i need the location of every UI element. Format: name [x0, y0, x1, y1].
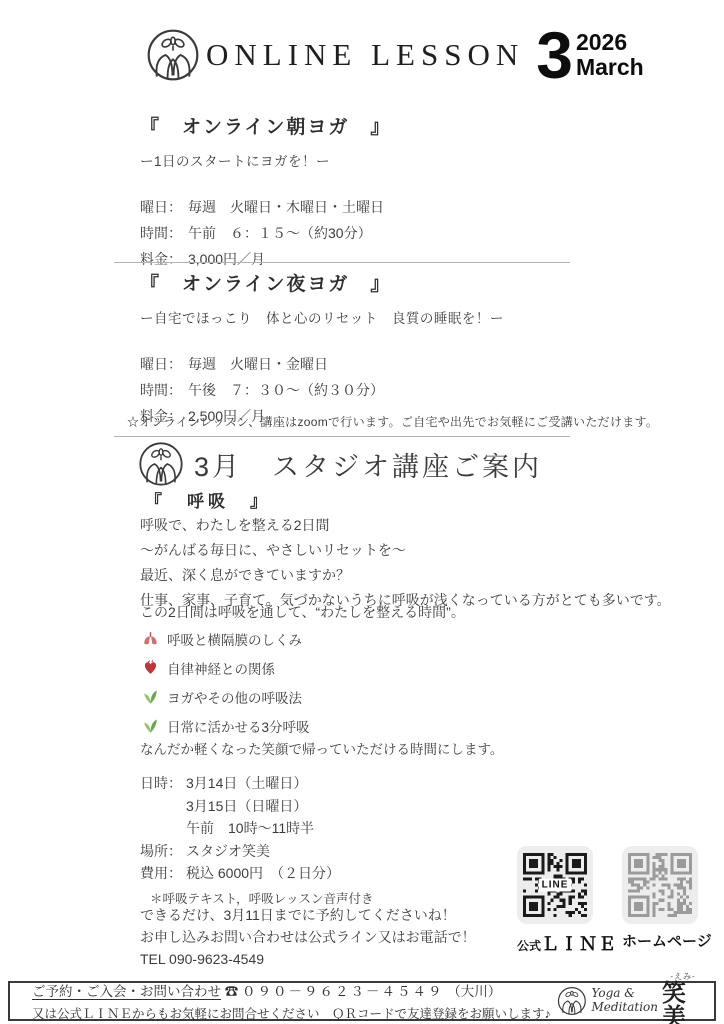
- detail-label: [140, 817, 186, 840]
- brand-english-line1: Yoga &: [592, 987, 659, 1001]
- topic-text: 日常に活かせる3分呼吸: [167, 716, 310, 736]
- detail-label: [140, 795, 186, 818]
- detail-row: 場所： スタジオ笑美: [140, 840, 374, 863]
- intro-line: ～がんばる毎日に、やさしいリセットを～: [140, 538, 671, 563]
- row-value: 毎週 火曜日・木曜日・土曜日: [188, 194, 384, 220]
- row-value: 午後 ７：３０～（約３０分）: [188, 377, 384, 403]
- topic-item: ヨガやその他の呼吸法: [142, 682, 310, 711]
- detail-label: 日時：: [140, 772, 186, 795]
- row-value: 毎週 火曜日・金曜日: [188, 351, 328, 377]
- cta-line: できるだけ、3月11日までに予約してくださいね！: [140, 904, 476, 926]
- topic-item: 呼吸と横隔膜のしくみ: [142, 624, 310, 653]
- detail-row: 午前 10時～11時半: [140, 817, 374, 840]
- footer: ご予約・ご入会・お問い合わせ ☎ ０９０－９６２３－４５４９ （大川） 又は公式…: [8, 981, 716, 1021]
- line-qr-center-label: LINE: [539, 879, 572, 892]
- footer-contact-line2: 又は公式ＬＩＮＥからもお気軽にお問合せください ＱＲコードで友達登録をお願いしま…: [32, 1004, 551, 1022]
- footer-contact-line1: ご予約・ご入会・お問い合わせ ☎ ０９０－９６２３－４５４９ （大川）: [32, 980, 551, 1000]
- zoom-note: ☆オンラインレッスン、講座はzoomで行います。ご自宅や出先でお気軽にご受講いた…: [127, 413, 658, 430]
- lungs-icon: [142, 630, 159, 647]
- brand-name: 笑美: [662, 981, 704, 1024]
- schedule-row: 時間： 午後 ７：３０～（約３０分）: [140, 377, 504, 403]
- herb-icon: [142, 688, 159, 705]
- detail-value: スタジオ笑美: [186, 840, 270, 863]
- course-highlight: この2日間は呼吸を通して、“わたしを整える時間”。: [140, 602, 465, 622]
- homepage-qr-label: ホームページ: [622, 930, 712, 951]
- line-label-prefix: 公式: [517, 939, 541, 953]
- footer-brand: Yoga & Meditation -えみ- 笑美: [557, 973, 704, 1024]
- lotus-logo-icon: [557, 984, 587, 1018]
- lotus-logo-icon: [138, 441, 184, 487]
- detail-value: 午前 10時～11時半: [186, 817, 314, 840]
- phone-number: ０９０－９６２３－４５４９: [242, 984, 444, 999]
- morning-tagline: ー1日のスタートにヨガを！ー: [140, 150, 391, 170]
- line-qr: LINE: [517, 846, 593, 924]
- evening-tagline: ー自宅でほっこり 体と心のリセット 良質の睡眠を！ー: [140, 307, 504, 327]
- reservation-cta: できるだけ、3月11日までに予約してくださいね！ お申し込みお問い合わせは公式ラ…: [140, 904, 476, 970]
- section-morning-yoga: 『 オンライン朝ヨガ 』 ー1日のスタートにヨガを！ー 曜日： 毎週 火曜日・木…: [140, 112, 391, 272]
- course-closing: なんだか軽くなった笑顔で帰っていただける時間にします。: [140, 738, 503, 758]
- line-qr-label: 公式ＬＩＮＥ: [517, 930, 617, 956]
- course-intro: 呼吸で、わたしを整える2日間 ～がんばる毎日に、やさしいリセットを～ 最近、深く…: [140, 513, 671, 613]
- detail-label: 場所：: [140, 840, 186, 863]
- topic-text: 自律神経との関係: [167, 658, 275, 678]
- row-label: 時間：: [140, 377, 188, 403]
- phone-icon: ☎: [225, 984, 239, 999]
- qr-line-block: LINE 公式ＬＩＮＥ: [517, 846, 617, 956]
- intro-line: 最近、深く息ができていますか？: [140, 563, 671, 588]
- herb-icon: [142, 717, 159, 734]
- cta-line: TEL 090-9623-4549: [140, 948, 476, 970]
- qr-homepage-block: ホームページ: [622, 846, 712, 951]
- course-topics: 呼吸と横隔膜のしくみ 自律神経との関係 ヨガやその他の呼吸法 日常に活かせる3分…: [142, 624, 310, 740]
- brand-japanese: -えみ- 笑美: [662, 973, 704, 1024]
- morning-details: 曜日： 毎週 火曜日・木曜日・土曜日 時間： 午前 ６：１５～（約30分） 料金…: [140, 194, 391, 272]
- schedule-row: 曜日： 毎週 火曜日・金曜日: [140, 351, 504, 377]
- topic-text: ヨガやその他の呼吸法: [167, 687, 302, 707]
- event-details: 日時： 3月14日（土曜日） 3月15日（日曜日） 午前 10時～11時半 場所…: [140, 772, 374, 910]
- studio-heading: 3月 スタジオ講座ご案内: [138, 441, 542, 487]
- detail-value: 3月15日（日曜日）: [186, 795, 307, 818]
- brand-title: ONLINE LESSON: [206, 37, 524, 73]
- intro-line: 呼吸で、わたしを整える2日間: [140, 513, 671, 538]
- line-label-main: ＬＩＮＥ: [541, 934, 617, 954]
- topic-text: 呼吸と横隔膜のしくみ: [167, 629, 302, 649]
- brand-english-line2: Meditation: [592, 1001, 659, 1015]
- detail-row: 費用： 税込 6000円 （２日分）: [140, 862, 374, 885]
- divider: [114, 436, 570, 437]
- course-title: 『 呼吸 』: [145, 487, 271, 512]
- detail-row: 日時： 3月14日（土曜日）: [140, 772, 374, 795]
- evening-title: 『 オンライン夜ヨガ 』: [140, 269, 504, 296]
- home-qr: [622, 846, 698, 924]
- heart-icon: [142, 659, 159, 676]
- flyer-page: ONLINE LESSON 3 2026 March 『 オンライン朝ヨガ 』 …: [0, 0, 724, 1024]
- schedule-row: 時間： 午前 ６：１５～（約30分）: [140, 220, 391, 246]
- brand-english: Yoga & Meditation: [592, 987, 659, 1015]
- header: ONLINE LESSON 3 2026 March: [146, 26, 644, 84]
- month-name-text: March: [576, 55, 644, 80]
- inquiry-label: ご予約・ご入会・お問い合わせ: [32, 984, 221, 999]
- footer-contact: ご予約・ご入会・お問い合わせ ☎ ０９０－９６２３－４５４９ （大川） 又は公式…: [32, 980, 551, 1022]
- year-month: 2026 March: [576, 30, 644, 80]
- row-label: 時間：: [140, 220, 188, 246]
- row-label: 曜日：: [140, 351, 188, 377]
- cta-line: お申し込みお問い合わせは公式ライン又はお電話で！: [140, 926, 476, 948]
- schedule-row: 曜日： 毎週 火曜日・木曜日・土曜日: [140, 194, 391, 220]
- detail-value: 3月14日（土曜日）: [186, 772, 307, 795]
- contact-name: （大川）: [447, 984, 501, 999]
- studio-heading-text: 3月 スタジオ講座ご案内: [194, 445, 542, 484]
- divider: [114, 262, 570, 263]
- morning-title: 『 オンライン朝ヨガ 』: [140, 112, 391, 139]
- detail-value: 税込 6000円 （２日分）: [186, 862, 340, 885]
- topic-item: 自律神経との関係: [142, 653, 310, 682]
- detail-label: 費用：: [140, 862, 186, 885]
- year-text: 2026: [576, 30, 644, 55]
- row-label: 曜日：: [140, 194, 188, 220]
- detail-row: 3月15日（日曜日）: [140, 795, 374, 818]
- month-numeral: 3: [536, 26, 571, 84]
- section-evening-yoga: 『 オンライン夜ヨガ 』 ー自宅でほっこり 体と心のリセット 良質の睡眠を！ー …: [140, 269, 504, 429]
- topic-item: 日常に活かせる3分呼吸: [142, 711, 310, 740]
- homepage-qr-code: [628, 853, 692, 917]
- row-value: 午前 ６：１５～（約30分）: [188, 220, 372, 246]
- lotus-logo-icon: [146, 28, 200, 82]
